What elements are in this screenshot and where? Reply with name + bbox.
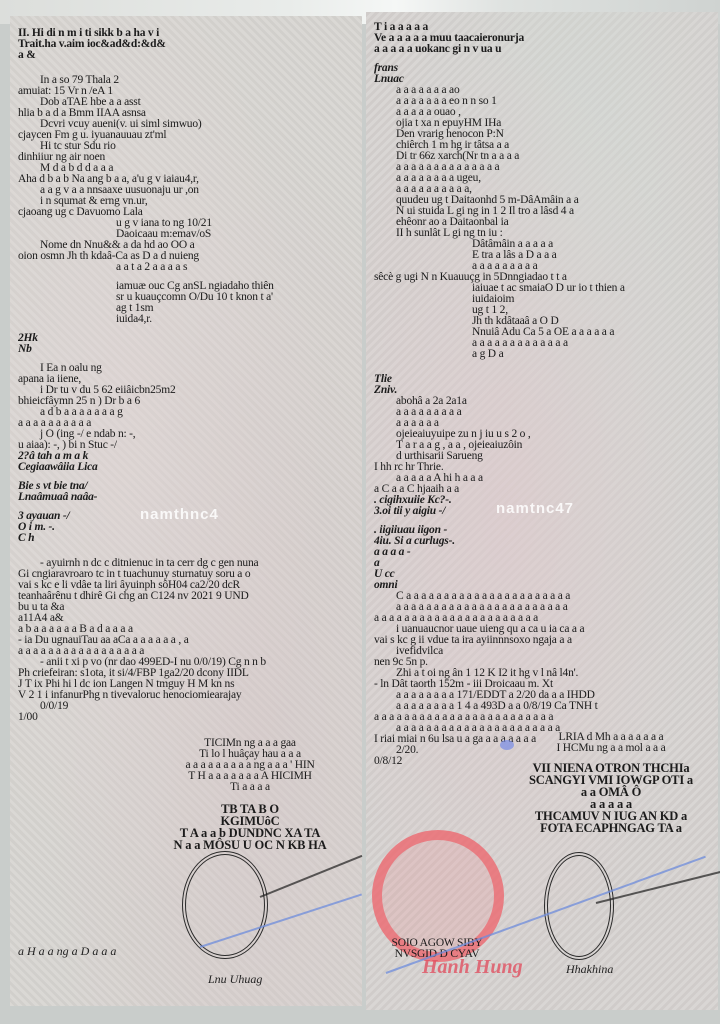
text-line: Gi cngiaravroaro tc in t tuachunuy sturn… bbox=[18, 569, 356, 580]
text-line: a C a a C hjaaih a a bbox=[374, 484, 712, 495]
text-line: i Dr tu v du 5 62 eiiâicbn25m2 bbox=[18, 385, 356, 396]
right-signature-block: LRIA d Mh a a a a a a aI HCMu ng a a mol… bbox=[506, 732, 716, 834]
text-line: - ayuirnh n dc c ditnienuc in ta cerr dg… bbox=[18, 558, 356, 569]
text-line: T i a a a a a bbox=[374, 22, 712, 33]
right-page: T i a a a a aVe a a a a a muu taacaieron… bbox=[366, 12, 718, 1010]
text-line: . iigiiuau iigon - bbox=[374, 525, 712, 536]
text-line: sêcè g ugi N n Kuauuçg in 5Dnngiadao t t… bbox=[374, 272, 712, 283]
text-line: ehêonr ao a Daitaonbal ia bbox=[374, 217, 712, 228]
text-line: a a a a a a a a ugeu, bbox=[374, 173, 712, 184]
text-line: a a a a a uokanc gi n v ua u bbox=[374, 44, 712, 55]
signature-stroke bbox=[596, 871, 720, 904]
text-line: quudeu ug t Daitaonhd 5 m-DâÂmâin a a bbox=[374, 195, 712, 206]
text-line: a a a a a a a a a bbox=[374, 407, 712, 418]
text-line: Jh th kdâtaaâ a O D bbox=[374, 316, 712, 327]
text-line: C a a a a a a a a a a a a a a a a a a a … bbox=[374, 591, 712, 602]
watermark: namthnc4 bbox=[140, 506, 219, 523]
text-line: E tra a lâs a D a a a bbox=[374, 250, 712, 261]
text-line: II h sunlât L gi ng tn iu : bbox=[374, 228, 712, 239]
text-line: C h bbox=[18, 533, 356, 544]
text-line: N ui stuida L gi ng in 1 2 Il tro a lâsd… bbox=[374, 206, 712, 217]
text-line: Trait.ha v.aim ioc&ad&d:&d& bbox=[18, 39, 356, 50]
text-line: Dob aTAE hbe a a asst bbox=[18, 97, 356, 108]
text-line: vai s kc e li vdâe ta liri âyuinph sôH04… bbox=[18, 580, 356, 591]
text-line: teanhaârênu t dhirê Gi chg an C124 nv 20… bbox=[18, 591, 356, 602]
text-line: cjaycen Fm g u. iyuanauuau zt'ml bbox=[18, 130, 356, 141]
text-line: Nome dn Nnu&& a da hd ao OO a bbox=[18, 240, 356, 251]
text-line: bu u ta &a bbox=[18, 602, 356, 613]
signature-text-line: Ti a a a a bbox=[140, 782, 360, 793]
text-line: a a a a a a a ao bbox=[374, 85, 712, 96]
text-line: abohâ a 2a 2a1a bbox=[374, 396, 712, 407]
signature-text-line: I HCMu ng a a mol a a a bbox=[506, 743, 716, 754]
text-line: In a so 79 Thala 2 bbox=[18, 75, 356, 86]
text-line: - anii t xi p vo (nr dao 499ED-I nu 0/0/… bbox=[18, 657, 356, 668]
right-body: a a a a a a a aoa a a a a a a eo n n so … bbox=[374, 85, 712, 360]
signature-stroke bbox=[260, 855, 363, 898]
text-line: I Ea n oalu ng bbox=[18, 363, 356, 374]
text-line: ug t 1 2, bbox=[374, 305, 712, 316]
text-line: Zniv. bbox=[374, 385, 712, 396]
right-header: T i a a a a aVe a a a a a muu taacaieron… bbox=[374, 22, 712, 55]
text-line: i uanuaucnor uaue uieng qu a ca u ia ca … bbox=[374, 624, 712, 635]
text-line: O i m. -. bbox=[18, 522, 356, 533]
text-line: Ph criefeiran: s1ota, it si/4/FBP 1ga2/2… bbox=[18, 668, 356, 679]
text-line: Dâtâmâin a a a a a bbox=[374, 239, 712, 250]
left-header: II. Hi di n m i ti sikk b a ha v i Trait… bbox=[18, 28, 356, 61]
text-line: 0/0/19 bbox=[18, 701, 356, 712]
text-line: Lnaâmuaâ naâa- bbox=[18, 492, 356, 503]
text-line: a a a a a a a a a a bbox=[18, 418, 356, 429]
left-italic-block-2: Bie s vt bie tna/Lnaâmuaâ naâa- bbox=[18, 481, 356, 503]
signature-text-line: FOTA ECAPHNGAG TA a bbox=[506, 822, 716, 834]
text-line: Zhi a t oi ng ân 1 12 K I2 it hg v l nâ … bbox=[374, 668, 712, 679]
left-section2: I Ea n oalu ngapana ia iiene,i Dr tu v d… bbox=[18, 363, 356, 451]
text-line: Hi tc stur Sdu rio bbox=[18, 141, 356, 152]
text-line: a a a a a a a a a a a a a a a a a a a a … bbox=[374, 602, 712, 613]
text-line: a d b a a a a a a a g bbox=[18, 407, 356, 418]
text-line: a g D a bbox=[374, 349, 712, 360]
text-line: a a a a a a a a 1 4 a 493D a a 0/8/19 Ca… bbox=[374, 701, 712, 712]
text-line: a a a a a a a a a a a a a a a a a a a a … bbox=[374, 613, 712, 624]
text-line: a b a a a a a a B a d a a a a bbox=[18, 624, 356, 635]
text-line: a bbox=[374, 558, 712, 569]
text-line: omni bbox=[374, 580, 712, 591]
text-line: II. Hi di n m i ti sikk b a ha v i bbox=[18, 28, 356, 39]
text-line: i n squmat & erng vn.ur, bbox=[18, 196, 356, 207]
left-section2-title: 2HkNb bbox=[18, 333, 356, 355]
text-line: a11A4 a& bbox=[18, 613, 356, 624]
text-line: V 2 1 i infanurPhg n tivevaloruc henocio… bbox=[18, 690, 356, 701]
text-line: 2Hk bbox=[18, 333, 356, 344]
text-line: sr u kuauçcomn O/Du 10 t knon t a' bbox=[18, 292, 356, 303]
text-line: a a a a a a a a a a a a a a bbox=[374, 162, 712, 173]
text-line: bhieicfâymn 25 n ) Dr b a 6 bbox=[18, 396, 356, 407]
text-line: u aiaa): -, ) bi n Stuc -/ bbox=[18, 440, 356, 451]
text-line: Lnuac bbox=[374, 74, 712, 85]
text-line: a a a a a a a a a a a a a a a a a bbox=[18, 646, 356, 657]
text-line: a a a a a a a a a a, bbox=[374, 184, 712, 195]
text-line: nen 9c 5n p. bbox=[374, 657, 712, 668]
watermark: namtnc47 bbox=[496, 500, 574, 517]
official-seal-right bbox=[544, 852, 614, 960]
text-line: oion osmn Jh th kdaâ-Ca as D a d nuieng bbox=[18, 251, 356, 262]
text-line: chiêrch 1 m hg ir tâtsa a a bbox=[374, 140, 712, 151]
text-line: Di tr 66z xarch(Nr tn a a a a bbox=[374, 151, 712, 162]
text-line: Aha d b a b Na ang b a a, a'u g v iaiau4… bbox=[18, 174, 356, 185]
text-line: u g v iana to ng 10/21 bbox=[18, 218, 356, 229]
text-line: frans bbox=[374, 63, 712, 74]
text-line: a a a a a a a eo n n so 1 bbox=[374, 96, 712, 107]
text-line: a a a a a a a a 171/EDDT a 2/20 da a a I… bbox=[374, 690, 712, 701]
left-italic-block-1: 2?â tah a m a k Cegiaawâiia Lica bbox=[18, 451, 356, 473]
text-line: a a a a a a bbox=[374, 418, 712, 429]
right-signer-name: Hhakhina bbox=[566, 962, 613, 977]
text-line: a a a a a A hi h a a a bbox=[374, 473, 712, 484]
text-line: iamuæ ouc Cg anSL ngiadaho thiên bbox=[18, 281, 356, 292]
official-seal-left bbox=[182, 851, 268, 959]
text-line: j O (ing -/ e ndab n: -, bbox=[18, 429, 356, 440]
text-line: iuida4,r. bbox=[18, 314, 356, 325]
left-date-handwriting: a H a a ng a D a a a bbox=[18, 944, 116, 959]
text-line: Bie s vt bie tna/ bbox=[18, 481, 356, 492]
left-page-content: II. Hi di n m i ti sikk b a ha v i Trait… bbox=[18, 28, 356, 723]
text-line: a a a a a a a a a bbox=[374, 261, 712, 272]
right-page-content: T i a a a a aVe a a a a a muu taacaieron… bbox=[374, 22, 712, 767]
text-line: Den vrarig henocon P:N bbox=[374, 129, 712, 140]
text-line: cjaoang ug c Davuomo Lala bbox=[18, 207, 356, 218]
text-line: Nb bbox=[18, 344, 356, 355]
text-line: d urthisarii Sarueng bbox=[374, 451, 712, 462]
left-signature-block: TICIMn ng a a a gaaTi lo l huâçay hau a … bbox=[140, 738, 360, 851]
text-line: M d a b d d a a a bbox=[18, 163, 356, 174]
text-line: Cegiaawâiia Lica bbox=[18, 462, 356, 473]
text-line: - ia Du ugnauiTau aa aCa a a a a a a , a bbox=[18, 635, 356, 646]
text-line: Dcvri vcuy aueni(v. ui siml simwuo) bbox=[18, 119, 356, 130]
text-line: a a g v a a nnsaaxe uusuonaju ur ,on bbox=[18, 185, 356, 196]
text-line: a a a a a a a a a a a a a bbox=[374, 338, 712, 349]
ink-signature: Hanh Hung bbox=[422, 956, 523, 979]
text-line: a a t a 2 a a a a s bbox=[18, 262, 356, 273]
text-line: a & bbox=[18, 50, 356, 61]
text-line: Daoicaau m:emav/oS bbox=[18, 229, 356, 240]
text-line: Ve a a a a a muu taacaieronurja bbox=[374, 33, 712, 44]
text-line: Tlie bbox=[374, 374, 712, 385]
text-line: J T ix Phi hi l dc ion Langen N tmguy H … bbox=[18, 679, 356, 690]
text-line: I hh rc hr Thrie. bbox=[374, 462, 712, 473]
text-line: iaiuae t ac smaiaO D ur io t thien a bbox=[374, 283, 712, 294]
text-line: - ln Dât taorth 152m - iii Droicaau m. X… bbox=[374, 679, 712, 690]
text-line: a a a a - bbox=[374, 547, 712, 558]
text-line: ojeieaiuyuipe zu n j iu u s 2 o , bbox=[374, 429, 712, 440]
right-italic-block-2: . iigiiuau iigon -4iu. Si a curlugs-. bbox=[374, 525, 712, 547]
text-line: 4iu. Si a curlugs-. bbox=[374, 536, 712, 547]
right-short-lines: a a a a -aU ccomni bbox=[374, 547, 712, 591]
left-signer-name: Lnu Uhuag bbox=[208, 972, 262, 987]
text-line: vai s kc g ii vdue ta ira ayiinnnsoxo ng… bbox=[374, 635, 712, 646]
left-notes-paragraph: - ayuirnh n dc c ditnienuc in ta cerr dg… bbox=[18, 558, 356, 723]
text-line: Nnuiâ Adu Ca 5 a OE a a a a a a bbox=[374, 327, 712, 338]
left-body: In a so 79 Thala 2amuiat: 15 Vr n /eA 1D… bbox=[18, 75, 356, 325]
text-line: a a a a a a a a a a a a a a a a a a a a … bbox=[374, 712, 712, 723]
right-section-title: fransLnuac bbox=[374, 63, 712, 85]
right-section2: abohâ a 2a 2a1aa a a a a a a a aa a a a … bbox=[374, 396, 712, 495]
text-line: iuidaioim bbox=[374, 294, 712, 305]
text-line: dinhiiur ng air noen bbox=[18, 152, 356, 163]
text-line: T a r a a g , a a , ojeieaiuzôin bbox=[374, 440, 712, 451]
right-section2-title: TlieZniv. bbox=[374, 374, 712, 396]
left-page: II. Hi di n m i ti sikk b a ha v i Trait… bbox=[10, 16, 362, 1006]
signature-text-line: N a a MÔSU U OC N KB HA bbox=[140, 839, 360, 851]
text-line: 2?â tah a m a k bbox=[18, 451, 356, 462]
text-line: apana ia iiene, bbox=[18, 374, 356, 385]
text-line: U cc bbox=[374, 569, 712, 580]
text-line: ag t 1sm bbox=[18, 303, 356, 314]
text-line: amuiat: 15 Vr n /eA 1 bbox=[18, 86, 356, 97]
text-line: ojia t xa n epuyHM IHa bbox=[374, 118, 712, 129]
text-line: a a a a a ouao , bbox=[374, 107, 712, 118]
text-line: hlia b a d a Bmm IIAA asnsa bbox=[18, 108, 356, 119]
text-line: ivefidvilca bbox=[374, 646, 712, 657]
text-line: 1/00 bbox=[18, 712, 356, 723]
